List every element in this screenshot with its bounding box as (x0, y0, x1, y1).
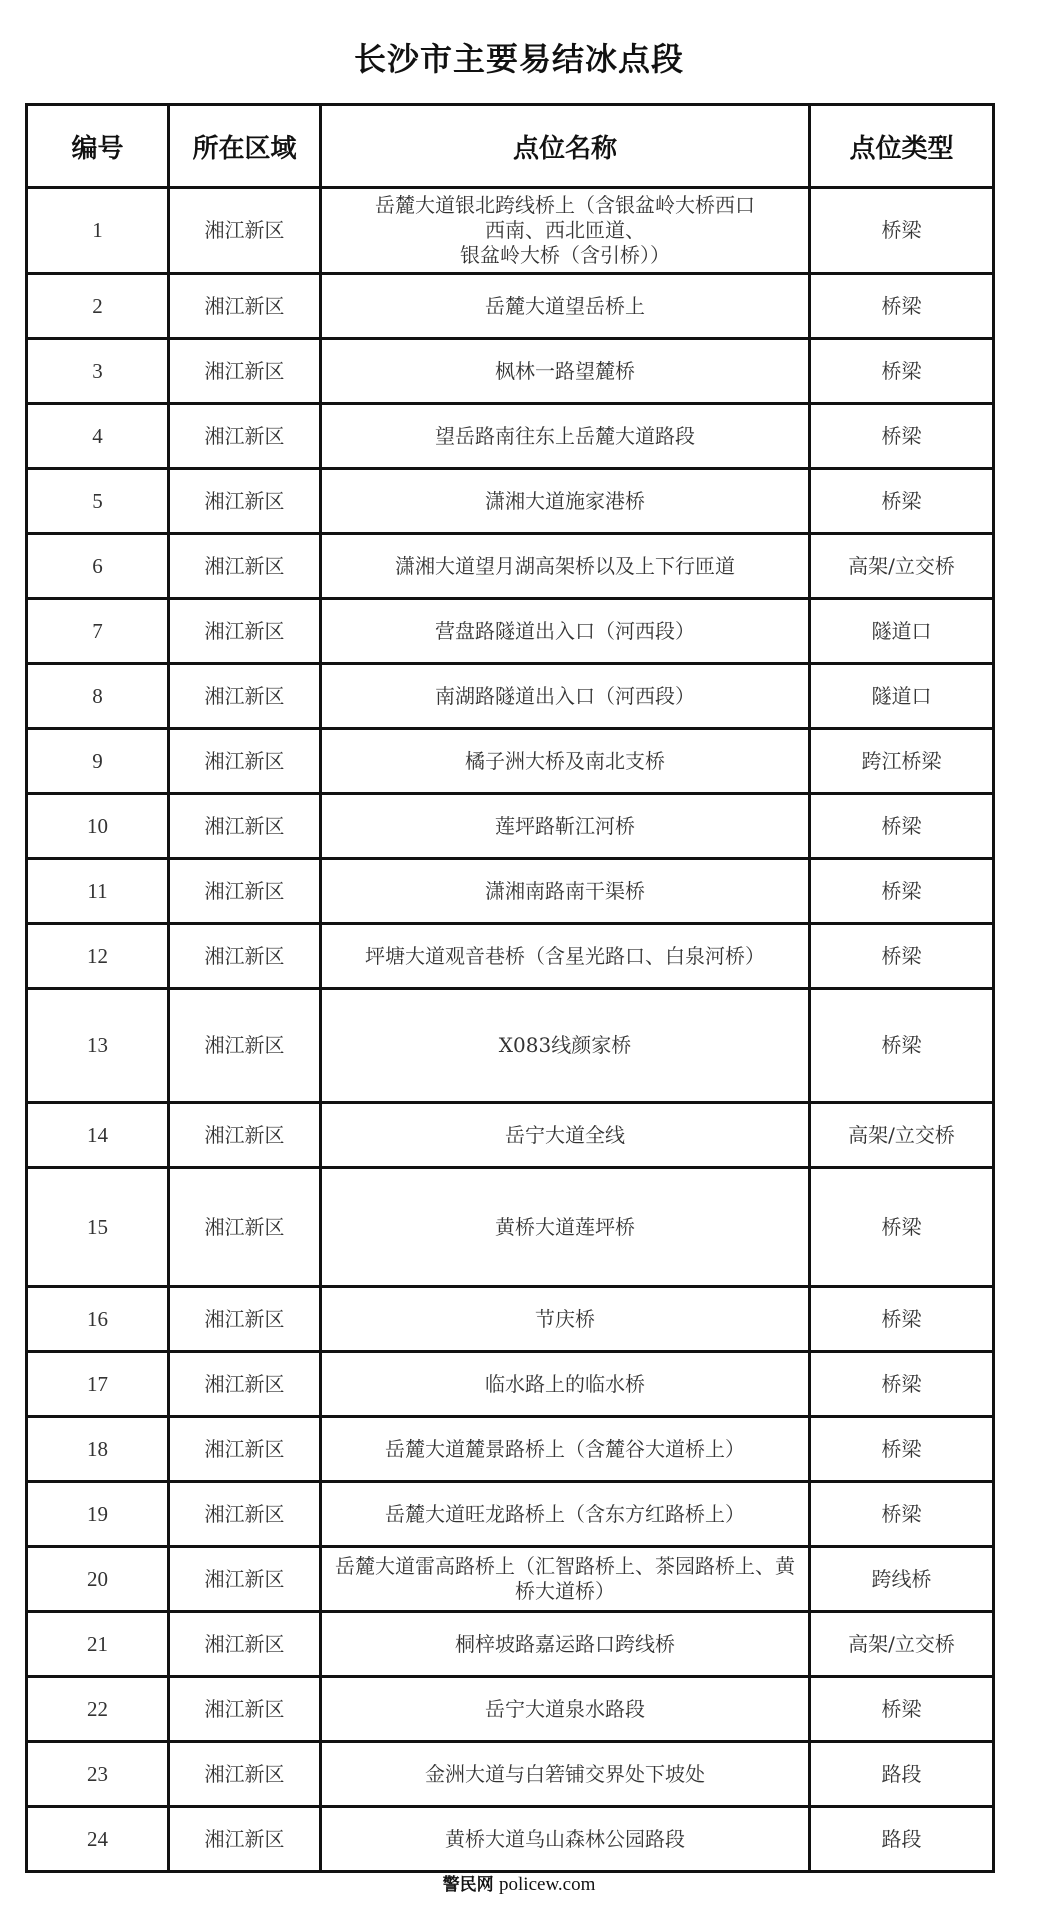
cell-region: 湘江新区 (169, 924, 321, 989)
cell-id: 16 (27, 1287, 169, 1352)
cell-region: 湘江新区 (169, 1547, 321, 1612)
cell-location-name: 莲坪路靳江河桥 (321, 794, 810, 859)
cell-id: 4 (27, 404, 169, 469)
cell-region: 湘江新区 (169, 1168, 321, 1287)
cell-location-name: 岳麓大道麓景路桥上（含麓谷大道桥上） (321, 1417, 810, 1482)
cell-location-type: 桥梁 (810, 924, 994, 989)
cell-location-name: 枫林一路望麓桥 (321, 339, 810, 404)
table-row: 22湘江新区岳宁大道泉水路段桥梁 (27, 1677, 994, 1742)
cell-location-type: 跨江桥梁 (810, 729, 994, 794)
cell-location-name: 望岳路南往东上岳麓大道路段 (321, 404, 810, 469)
cell-location-type: 桥梁 (810, 1287, 994, 1352)
cell-region: 湘江新区 (169, 1417, 321, 1482)
table-row: 3湘江新区枫林一路望麓桥桥梁 (27, 339, 994, 404)
cell-location-name: 岳麓大道望岳桥上 (321, 274, 810, 339)
table-row: 12湘江新区坪塘大道观音巷桥（含星光路口、白泉河桥）桥梁 (27, 924, 994, 989)
cell-id: 18 (27, 1417, 169, 1482)
table-header-row: 编号 所在区域 点位名称 点位类型 (27, 105, 994, 188)
cell-location-type: 桥梁 (810, 989, 994, 1103)
cell-location-name-line: 岳麓大道银北跨线桥上（含银盆岭大桥西口 (326, 193, 804, 218)
cell-id: 5 (27, 469, 169, 534)
cell-id: 19 (27, 1482, 169, 1547)
header-id: 编号 (27, 105, 169, 188)
cell-id: 7 (27, 599, 169, 664)
cell-region: 湘江新区 (169, 794, 321, 859)
cell-location-name-line: 西南、西北匝道、 (326, 218, 804, 243)
cell-location-name: 南湖路隧道出入口（河西段） (321, 664, 810, 729)
table-row: 6湘江新区潇湘大道望月湖高架桥以及上下行匝道高架/立交桥 (27, 534, 994, 599)
cell-id: 12 (27, 924, 169, 989)
cell-id: 6 (27, 534, 169, 599)
cell-region: 湘江新区 (169, 1612, 321, 1677)
table-row: 4湘江新区望岳路南往东上岳麓大道路段桥梁 (27, 404, 994, 469)
cell-location-type: 路段 (810, 1742, 994, 1807)
table-row: 18湘江新区岳麓大道麓景路桥上（含麓谷大道桥上）桥梁 (27, 1417, 994, 1482)
cell-location-name: 岳麓大道银北跨线桥上（含银盆岭大桥西口西南、西北匝道、银盆岭大桥（含引桥）） (321, 188, 810, 274)
cell-location-name: X083线颜家桥 (321, 989, 810, 1103)
table-row: 16湘江新区节庆桥桥梁 (27, 1287, 994, 1352)
table-row: 15湘江新区黄桥大道莲坪桥桥梁 (27, 1168, 994, 1287)
cell-id: 21 (27, 1612, 169, 1677)
table-row: 1湘江新区岳麓大道银北跨线桥上（含银盆岭大桥西口西南、西北匝道、银盆岭大桥（含引… (27, 188, 994, 274)
header-region: 所在区域 (169, 105, 321, 188)
table-row: 23湘江新区金洲大道与白箬铺交界处下坡处路段 (27, 1742, 994, 1807)
cell-location-name: 节庆桥 (321, 1287, 810, 1352)
cell-location-type: 桥梁 (810, 1352, 994, 1417)
table-body: 1湘江新区岳麓大道银北跨线桥上（含银盆岭大桥西口西南、西北匝道、银盆岭大桥（含引… (27, 188, 994, 1872)
cell-id: 3 (27, 339, 169, 404)
icing-points-table: 编号 所在区域 点位名称 点位类型 1湘江新区岳麓大道银北跨线桥上（含银盆岭大桥… (25, 103, 995, 1873)
table-row: 8湘江新区南湖路隧道出入口（河西段）隧道口 (27, 664, 994, 729)
cell-region: 湘江新区 (169, 599, 321, 664)
cell-location-type: 桥梁 (810, 188, 994, 274)
table-row: 11湘江新区潇湘南路南干渠桥桥梁 (27, 859, 994, 924)
cell-location-type: 桥梁 (810, 404, 994, 469)
cell-location-type: 桥梁 (810, 1168, 994, 1287)
header-location-type: 点位类型 (810, 105, 994, 188)
footer-domain: policew.com (499, 1874, 595, 1895)
cell-location-type: 跨线桥 (810, 1547, 994, 1612)
table-row: 17湘江新区临水路上的临水桥桥梁 (27, 1352, 994, 1417)
footer-site-name: 警民网 (443, 1875, 494, 1895)
cell-id: 9 (27, 729, 169, 794)
cell-region: 湘江新区 (169, 1807, 321, 1872)
cell-location-type: 高架/立交桥 (810, 1612, 994, 1677)
cell-id: 24 (27, 1807, 169, 1872)
watermark-footer: 警民网 policew.com (0, 1873, 1038, 1897)
table-row: 20湘江新区岳麓大道雷高路桥上（汇智路桥上、茶园路桥上、黄桥大道桥）跨线桥 (27, 1547, 994, 1612)
cell-region: 湘江新区 (169, 664, 321, 729)
cell-location-name: 潇湘大道施家港桥 (321, 469, 810, 534)
cell-location-name: 橘子洲大桥及南北支桥 (321, 729, 810, 794)
cell-location-name: 营盘路隧道出入口（河西段） (321, 599, 810, 664)
cell-region: 湘江新区 (169, 534, 321, 599)
cell-location-name: 潇湘大道望月湖高架桥以及上下行匝道 (321, 534, 810, 599)
cell-location-type: 桥梁 (810, 339, 994, 404)
cell-region: 湘江新区 (169, 339, 321, 404)
table-row: 24湘江新区黄桥大道乌山森林公园路段路段 (27, 1807, 994, 1872)
cell-region: 湘江新区 (169, 274, 321, 339)
cell-location-type: 桥梁 (810, 1482, 994, 1547)
cell-location-name-line: 银盆岭大桥（含引桥）） (326, 243, 804, 268)
table-row: 10湘江新区莲坪路靳江河桥桥梁 (27, 794, 994, 859)
cell-id: 8 (27, 664, 169, 729)
cell-location-name: 岳宁大道泉水路段 (321, 1677, 810, 1742)
cell-id: 14 (27, 1103, 169, 1168)
cell-location-name: 岳麓大道旺龙路桥上（含东方红路桥上） (321, 1482, 810, 1547)
header-location-name: 点位名称 (321, 105, 810, 188)
cell-region: 湘江新区 (169, 1742, 321, 1807)
cell-region: 湘江新区 (169, 989, 321, 1103)
table-row: 19湘江新区岳麓大道旺龙路桥上（含东方红路桥上）桥梁 (27, 1482, 994, 1547)
table-row: 2湘江新区岳麓大道望岳桥上桥梁 (27, 274, 994, 339)
cell-location-type: 桥梁 (810, 469, 994, 534)
cell-region: 湘江新区 (169, 469, 321, 534)
cell-region: 湘江新区 (169, 1677, 321, 1742)
table-row: 14湘江新区岳宁大道全线高架/立交桥 (27, 1103, 994, 1168)
cell-region: 湘江新区 (169, 1103, 321, 1168)
table-row: 13湘江新区X083线颜家桥桥梁 (27, 989, 994, 1103)
cell-location-type: 桥梁 (810, 1677, 994, 1742)
cell-id: 2 (27, 274, 169, 339)
cell-id: 11 (27, 859, 169, 924)
cell-location-name: 坪塘大道观音巷桥（含星光路口、白泉河桥） (321, 924, 810, 989)
cell-region: 湘江新区 (169, 859, 321, 924)
cell-id: 15 (27, 1168, 169, 1287)
cell-location-name: 黄桥大道乌山森林公园路段 (321, 1807, 810, 1872)
table-row: 9湘江新区橘子洲大桥及南北支桥跨江桥梁 (27, 729, 994, 794)
cell-id: 13 (27, 989, 169, 1103)
cell-location-type: 桥梁 (810, 274, 994, 339)
document-title: 长沙市主要易结冰点段 (0, 36, 1038, 82)
cell-location-type: 桥梁 (810, 794, 994, 859)
cell-region: 湘江新区 (169, 1287, 321, 1352)
table-row: 5湘江新区潇湘大道施家港桥桥梁 (27, 469, 994, 534)
table-row: 7湘江新区营盘路隧道出入口（河西段）隧道口 (27, 599, 994, 664)
cell-id: 20 (27, 1547, 169, 1612)
cell-region: 湘江新区 (169, 1482, 321, 1547)
cell-location-name: 桐梓坡路嘉运路口跨线桥 (321, 1612, 810, 1677)
cell-location-type: 路段 (810, 1807, 994, 1872)
cell-location-name: 金洲大道与白箬铺交界处下坡处 (321, 1742, 810, 1807)
cell-location-type: 桥梁 (810, 859, 994, 924)
cell-location-name: 黄桥大道莲坪桥 (321, 1168, 810, 1287)
table-row: 21湘江新区桐梓坡路嘉运路口跨线桥高架/立交桥 (27, 1612, 994, 1677)
cell-region: 湘江新区 (169, 404, 321, 469)
cell-id: 1 (27, 188, 169, 274)
cell-region: 湘江新区 (169, 1352, 321, 1417)
cell-id: 10 (27, 794, 169, 859)
cell-id: 22 (27, 1677, 169, 1742)
cell-id: 23 (27, 1742, 169, 1807)
cell-location-type: 隧道口 (810, 599, 994, 664)
cell-location-name: 潇湘南路南干渠桥 (321, 859, 810, 924)
cell-region: 湘江新区 (169, 729, 321, 794)
cell-location-type: 高架/立交桥 (810, 1103, 994, 1168)
cell-location-type: 高架/立交桥 (810, 534, 994, 599)
cell-id: 17 (27, 1352, 169, 1417)
cell-location-type: 隧道口 (810, 664, 994, 729)
cell-location-name: 岳麓大道雷高路桥上（汇智路桥上、茶园路桥上、黄桥大道桥） (321, 1547, 810, 1612)
cell-location-name: 岳宁大道全线 (321, 1103, 810, 1168)
cell-location-name: 临水路上的临水桥 (321, 1352, 810, 1417)
cell-region: 湘江新区 (169, 188, 321, 274)
cell-location-type: 桥梁 (810, 1417, 994, 1482)
